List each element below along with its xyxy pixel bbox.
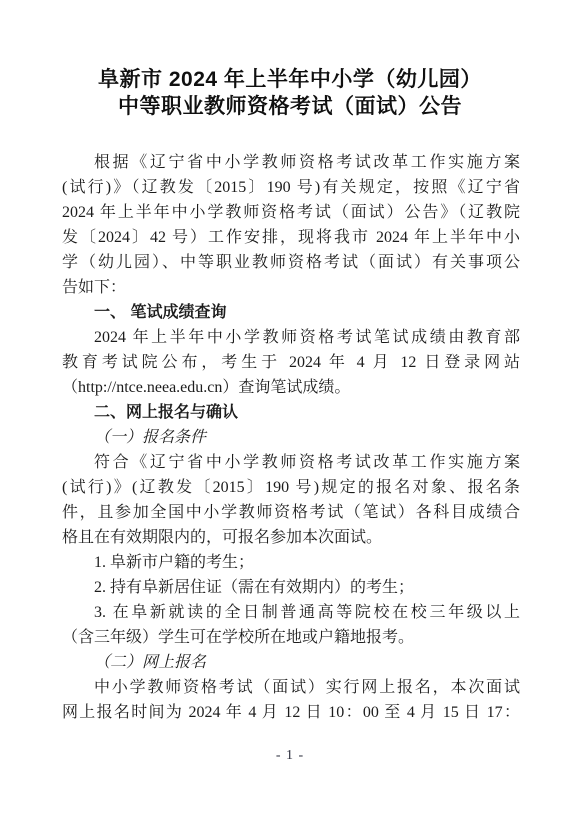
- page-title: 阜新市 2024 年上半年中小学（幼儿园） 中等职业教师资格考试（面试）公告: [0, 0, 580, 120]
- document-body: 根据《辽宁省中小学教师资格考试改革工作实施方案 (试行)》（辽教发〔2015〕1…: [62, 150, 520, 725]
- paragraph-line: 学（幼儿园）、中等职业教师资格考试（面试）有关事项公: [62, 250, 520, 275]
- paragraph-line: 2024 年上半年中小学教师资格考试笔试成绩由教育部: [62, 325, 520, 350]
- paragraph-line-url: （http://ntce.neea.edu.cn）查询笔试成绩。: [62, 375, 520, 400]
- sub-section-heading: （一）报名条件: [62, 425, 520, 450]
- page-title-line-2: 中等职业教师资格考试（面试）公告: [0, 93, 580, 120]
- paragraph-line: (试行)》（辽教发〔2015〕190 号)有关规定，按照《辽宁省: [62, 175, 520, 200]
- section-heading-2: 二、网上报名与确认: [62, 400, 520, 425]
- paragraph-line: （含三年级）学生可在学校所在地或户籍地报考。: [62, 625, 520, 650]
- paragraph-line: 告如下：: [62, 275, 520, 300]
- paragraph-line: 教育考试院公布，考生于 2024 年 4 月 12 日登录网站: [62, 350, 520, 375]
- list-item-line: 1. 阜新市户籍的考生；: [62, 550, 520, 575]
- paragraph-line: 中小学教师资格考试（面试）实行网上报名，本次面试: [62, 675, 520, 700]
- paragraph-line: 发〔2024〕42 号）工作安排，现将我市 2024 年上半年中小: [62, 225, 520, 250]
- paragraph-line: 根据《辽宁省中小学教师资格考试改革工作实施方案: [62, 150, 520, 175]
- document-page: 阜新市 2024 年上半年中小学（幼儿园） 中等职业教师资格考试（面试）公告 根…: [0, 0, 580, 826]
- paragraph-line: 2024 年上半年中小学教师资格考试（面试）公告》（辽教院: [62, 200, 520, 225]
- section-heading-1: 一、 笔试成绩查询: [62, 300, 520, 325]
- paragraph-line: 格且在有效期限内的，可报名参加本次面试。: [62, 525, 520, 550]
- list-item-line: 2. 持有阜新居住证（需在有效期内）的考生；: [62, 575, 520, 600]
- paragraph-line: 网上报名时间为 2024 年 4 月 12 日 10：00 至 4 月 15 日…: [62, 700, 520, 725]
- paragraph-line: 件，且参加全国中小学教师资格考试（笔试）各科目成绩合: [62, 500, 520, 525]
- sub-section-heading: （二）网上报名: [62, 650, 520, 675]
- page-title-line-1: 阜新市 2024 年上半年中小学（幼儿园）: [0, 66, 580, 93]
- list-item-line: 3. 在阜新就读的全日制普通高等院校在校三年级以上: [62, 600, 520, 625]
- paragraph-line: 符合《辽宁省中小学教师资格考试改革工作实施方案: [62, 450, 520, 475]
- page-number: - 1 -: [0, 748, 580, 764]
- paragraph-line: (试行)》(辽教发〔2015〕190 号)规定的报名对象、报名条: [62, 475, 520, 500]
